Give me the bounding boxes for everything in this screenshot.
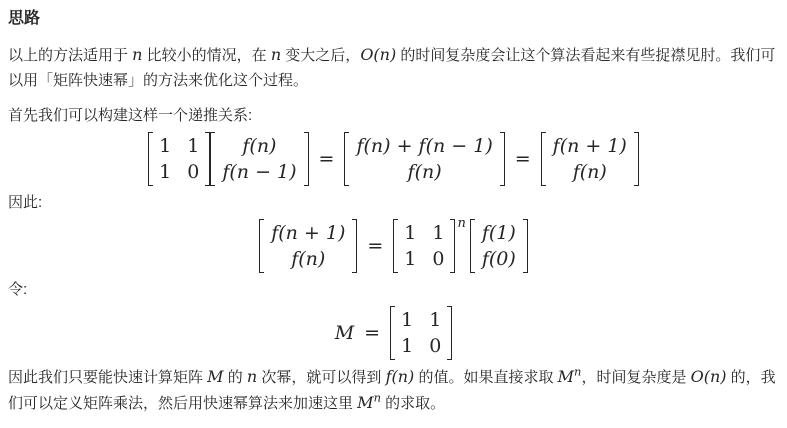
equals-sign: = bbox=[367, 235, 383, 257]
vector-cells: f(n + 1) f(n) bbox=[265, 219, 351, 273]
inline-math-M: M bbox=[207, 367, 223, 386]
formula-recurrence: 1 1 1 0 f(n) f(n − 1) = f(n) + f(n − 1) … bbox=[8, 132, 779, 186]
matrix-cell: 1 bbox=[401, 308, 413, 332]
vector-cell: f(n) bbox=[291, 247, 325, 271]
state-vector-left: f(n + 1) f(n) bbox=[259, 219, 357, 273]
inline-math-M-power-n: Mn bbox=[558, 367, 582, 386]
matrix-bracket-right bbox=[304, 132, 309, 186]
matrix-bracket-left bbox=[259, 219, 264, 273]
formula-power: f(n + 1) f(n) = 1 1 1 0 n f(1) f(0) bbox=[8, 219, 779, 273]
vector-cells: f(n + 1) f(n) bbox=[547, 132, 633, 186]
label-let: 令: bbox=[8, 277, 779, 302]
vector-cells: f(1) f(0) bbox=[476, 219, 522, 273]
vector-cell: f(n) bbox=[242, 134, 276, 158]
vector-cell: f(0) bbox=[482, 247, 516, 271]
matrix-cell: 1 bbox=[432, 221, 444, 245]
paragraph-conclusion: 因此我们只要能快速计算矩阵 M 的 n 次幂，就可以得到 f(n) 的值。如果直… bbox=[8, 364, 779, 416]
matrix-power: 1 1 1 0 n bbox=[393, 219, 466, 273]
state-vector-in: f(n) f(n − 1) bbox=[210, 132, 308, 186]
text-segment: 比较小的情况，在 bbox=[142, 47, 270, 64]
vector-cell: f(n − 1) bbox=[222, 160, 296, 184]
coefficient-matrix: 1 1 1 0 bbox=[393, 219, 455, 273]
equals-sign: = bbox=[364, 322, 380, 344]
vector-cell: f(n) bbox=[573, 160, 607, 184]
coefficient-matrix: 1 1 1 0 bbox=[148, 132, 210, 186]
matrix-cells: 1 1 1 0 bbox=[154, 132, 204, 186]
matrix-cell: 0 bbox=[432, 247, 444, 271]
paragraph-intro-method: 以上的方法适用于 n 比较小的情况，在 n 变大之后，O(n) 的时间复杂度会让… bbox=[8, 42, 779, 93]
matrix-bracket-right bbox=[523, 219, 528, 273]
matrix-bracket-left bbox=[390, 306, 395, 360]
inline-math-M-power-n: Mn bbox=[357, 393, 381, 412]
coefficient-matrix: 1 1 1 0 bbox=[390, 306, 452, 360]
math-base: M bbox=[558, 367, 574, 386]
matrix-symbol-M: M bbox=[335, 322, 354, 344]
matrix-bracket-right bbox=[500, 132, 505, 186]
vector-cell: f(1) bbox=[482, 221, 516, 245]
matrix-bracket-right bbox=[352, 219, 357, 273]
text-segment: ，时间复杂度是 bbox=[581, 369, 690, 386]
matrix-cell: 0 bbox=[429, 334, 441, 358]
text-segment: 因此我们只要能快速计算矩阵 bbox=[8, 369, 207, 386]
solution-article: { "colors": { "text": "#262626", "backgr… bbox=[0, 0, 787, 428]
matrix-cells: 1 1 1 0 bbox=[396, 306, 446, 360]
formula-M-definition: M = 1 1 1 0 bbox=[8, 306, 779, 360]
text-segment: 的求取。 bbox=[381, 395, 445, 412]
text-segment: 的 bbox=[224, 369, 247, 386]
equals-sign: = bbox=[319, 148, 335, 170]
inline-math-n: n bbox=[271, 45, 281, 64]
matrix-cell: 1 bbox=[404, 247, 416, 271]
math-exponent: n bbox=[374, 391, 381, 405]
vector-cell: f(n) bbox=[408, 160, 442, 184]
matrix-bracket-left bbox=[470, 219, 475, 273]
inline-math-O-n: O(n) bbox=[691, 367, 727, 386]
state-vector-out: f(n + 1) f(n) bbox=[541, 132, 639, 186]
matrix-bracket-left bbox=[541, 132, 546, 186]
matrix-cell: 1 bbox=[429, 308, 441, 332]
inline-math-O-n: O(n) bbox=[360, 45, 396, 64]
section-heading: 思路 bbox=[8, 8, 779, 30]
matrix-bracket-right bbox=[450, 219, 455, 273]
matrix-cell: 1 bbox=[159, 160, 171, 184]
matrix-cell: 1 bbox=[187, 134, 199, 158]
inline-math-n: n bbox=[247, 367, 257, 386]
exponent-n: n bbox=[457, 217, 465, 230]
text-segment: 次幂，就可以得到 bbox=[257, 369, 385, 386]
matrix-bracket-left bbox=[393, 219, 398, 273]
equals-sign: = bbox=[515, 148, 531, 170]
matrix-cells: 1 1 1 0 bbox=[399, 219, 449, 273]
text-segment: 以上的方法适用于 bbox=[8, 47, 132, 64]
base-vector: f(1) f(0) bbox=[470, 219, 528, 273]
matrix-bracket-right bbox=[447, 306, 452, 360]
matrix-bracket-left bbox=[344, 132, 349, 186]
matrix-bracket-left bbox=[148, 132, 153, 186]
vector-cells: f(n) f(n − 1) bbox=[216, 132, 302, 186]
matrix-cell: 0 bbox=[187, 160, 199, 184]
matrix-bracket-right bbox=[634, 132, 639, 186]
label-therefore: 因此: bbox=[8, 190, 779, 215]
vector-cell: f(n + 1) bbox=[553, 134, 627, 158]
vector-cell: f(n + 1) bbox=[271, 221, 345, 245]
recurrence-intro-line: 首先我们可以构建这样一个递推关系: bbox=[8, 103, 779, 128]
matrix-cell: 1 bbox=[404, 221, 416, 245]
matrix-cell: 1 bbox=[159, 134, 171, 158]
matrix-cell: 1 bbox=[401, 334, 413, 358]
vector-cell: f(n) + f(n − 1) bbox=[356, 134, 492, 158]
matrix-bracket-left bbox=[210, 132, 215, 186]
text-segment: 的值。如果直接求取 bbox=[414, 369, 557, 386]
inline-math-n: n bbox=[132, 45, 142, 64]
inline-math-f-n: f(n) bbox=[386, 367, 415, 386]
text-segment: 变大之后， bbox=[281, 47, 360, 64]
math-base: M bbox=[357, 393, 373, 412]
sum-vector: f(n) + f(n − 1) f(n) bbox=[344, 132, 504, 186]
vector-cells: f(n) + f(n − 1) f(n) bbox=[350, 132, 498, 186]
